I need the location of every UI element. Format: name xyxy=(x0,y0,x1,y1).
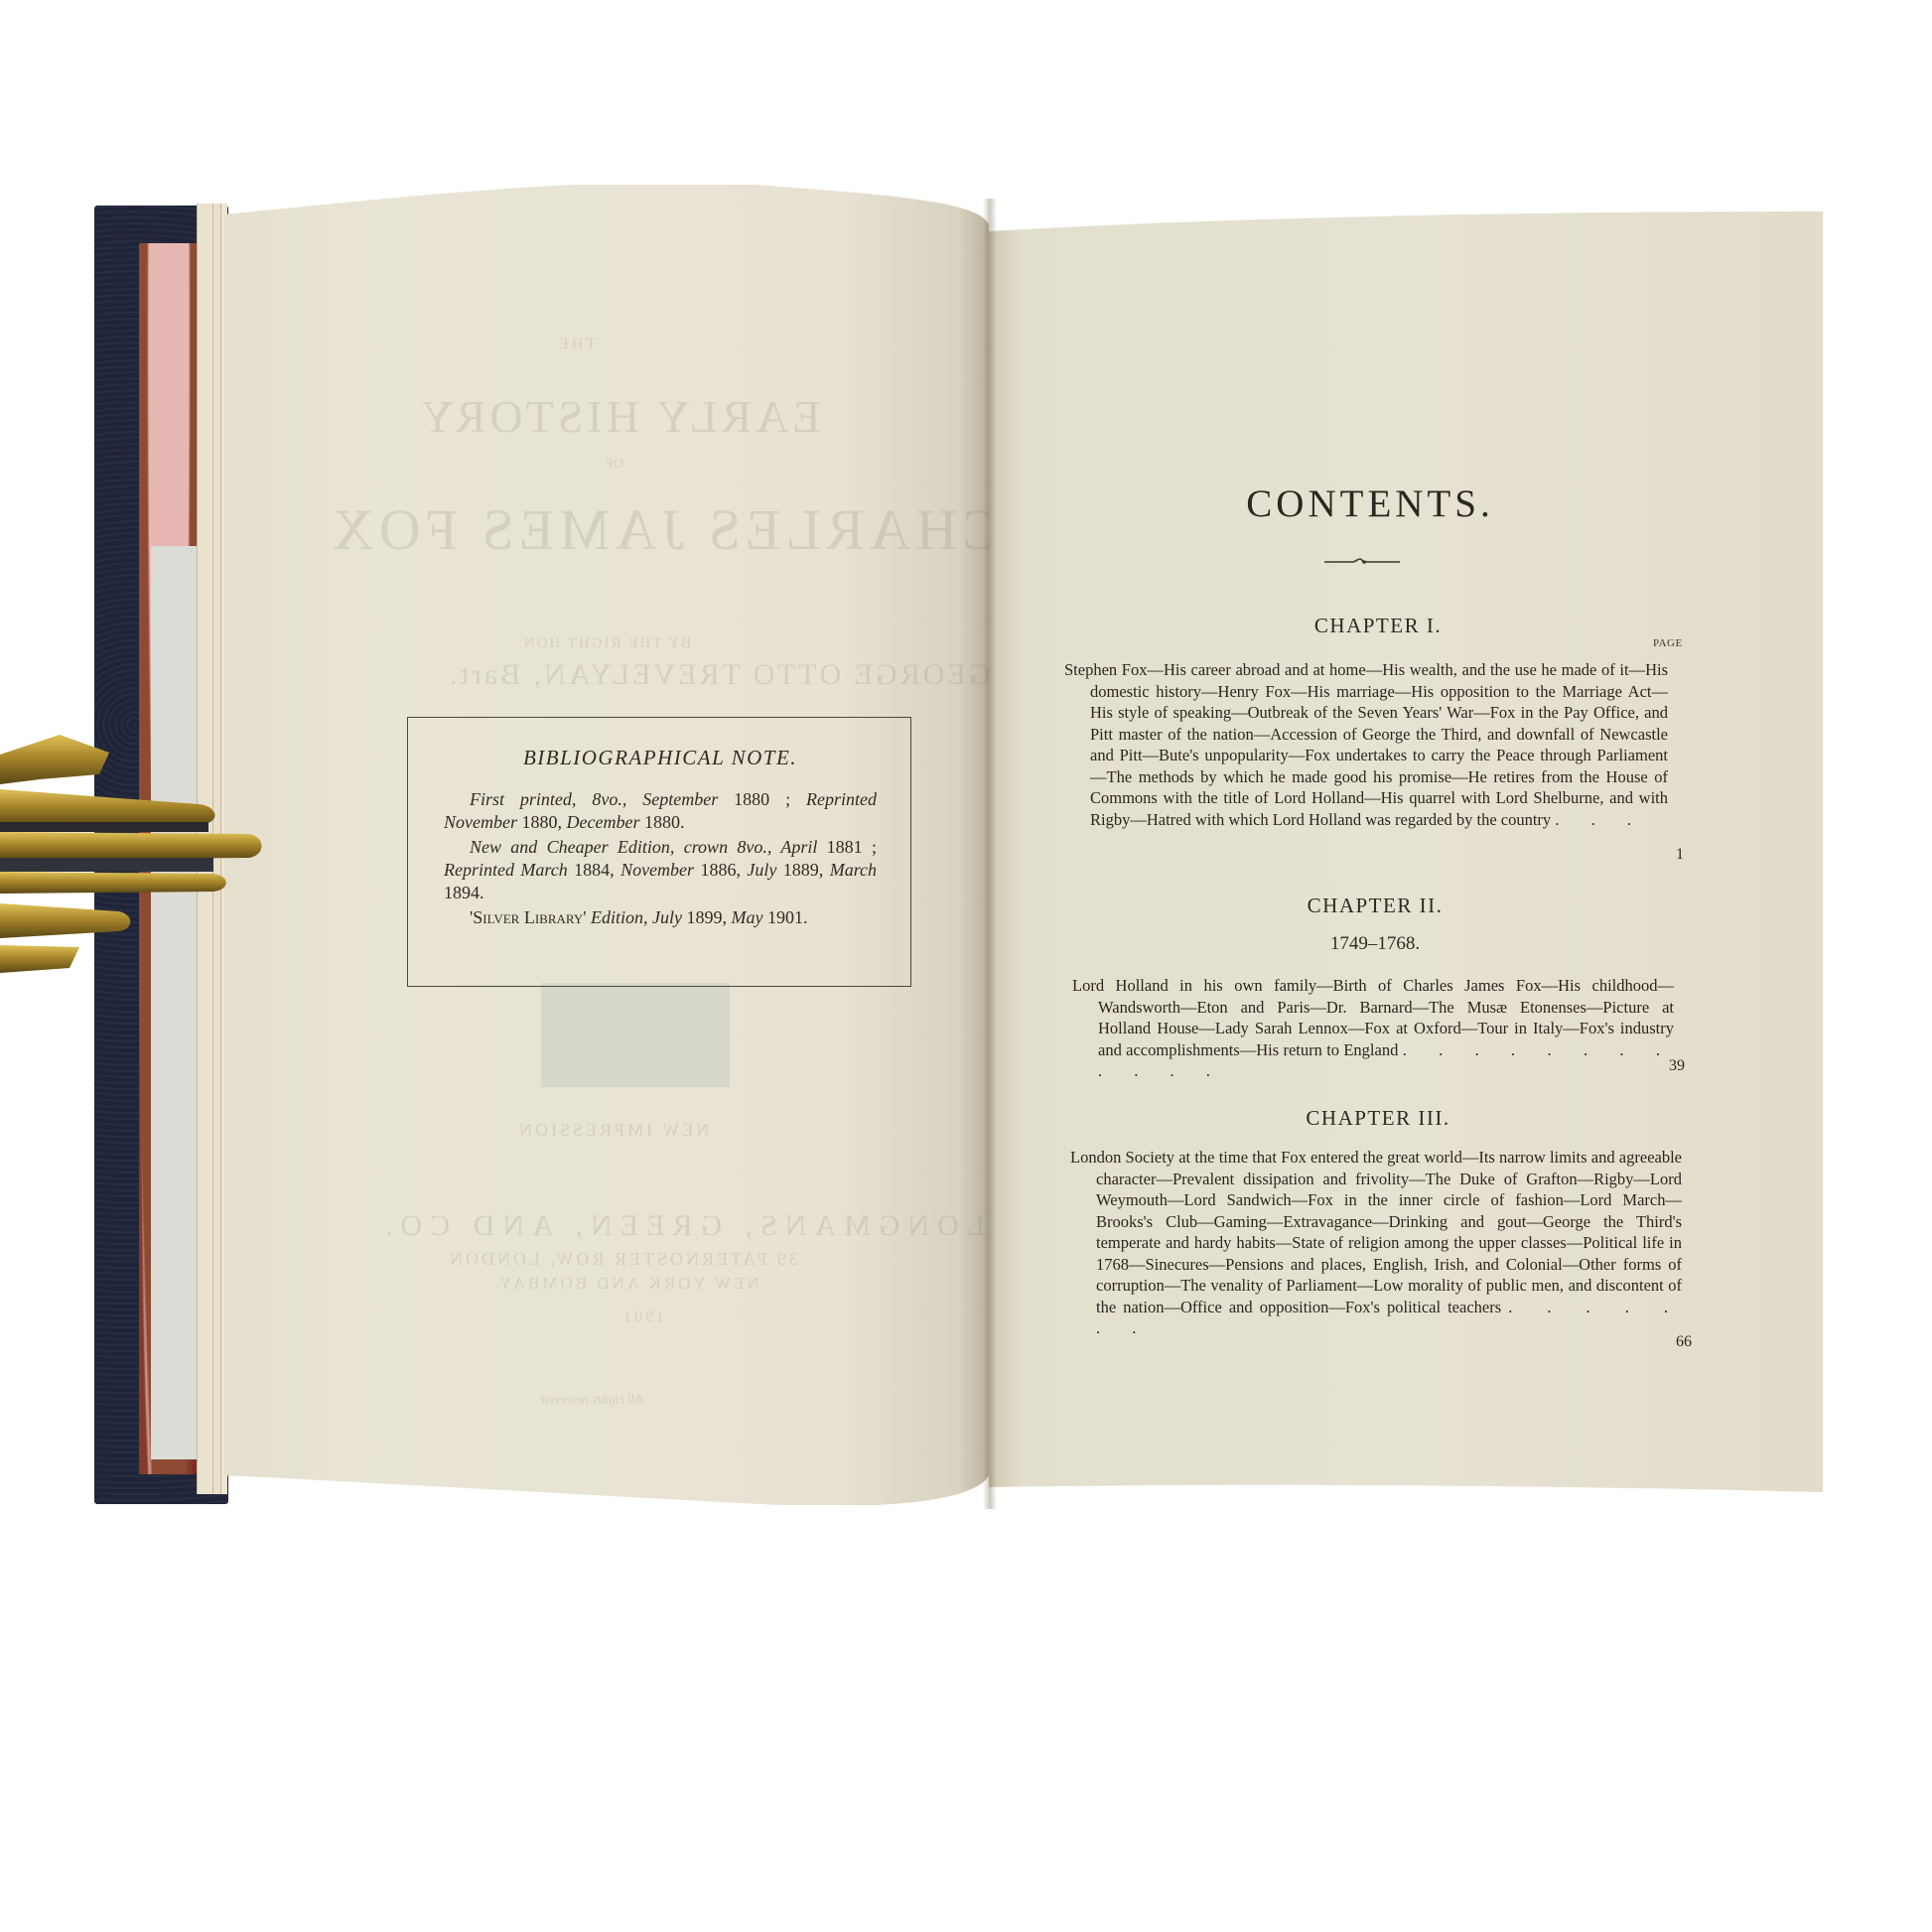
bib-text-run: 1886, xyxy=(700,860,747,880)
show-through-of: OF xyxy=(606,457,623,473)
bib-text-run: New and Cheaper Edition, crown 8vo., Apr… xyxy=(470,837,827,857)
bib-paragraph: 'Silver Library' Edition, July 1899, May… xyxy=(444,906,877,929)
bib-text-run: 1884, xyxy=(574,860,621,880)
chapter-3-summary: London Society at the time that Fox ente… xyxy=(1070,1147,1682,1339)
ornament-divider-icon xyxy=(1322,556,1402,566)
book-gutter xyxy=(983,199,997,1509)
show-through-emblem xyxy=(541,983,730,1087)
show-through-by: BY THE RIGHT HON. xyxy=(516,635,691,652)
bib-text-run: 1894. xyxy=(444,883,484,902)
bibliographical-note-title: BIBLIOGRAPHICAL NOTE. xyxy=(444,746,877,770)
bib-text-run: 1880 ; xyxy=(734,789,806,809)
bib-paragraph: First printed, 8vo., September 1880 ; Re… xyxy=(444,788,877,834)
bib-text-run: First printed, 8vo., September xyxy=(470,789,734,809)
chapter-2-page: 39 xyxy=(1669,1057,1685,1075)
bibliographical-note-box: BIBLIOGRAPHICAL NOTE. First printed, 8vo… xyxy=(407,717,911,987)
show-through-author: Sir GEORGE OTTO TREVELYAN, Bart. xyxy=(447,658,1044,692)
chapter-2-heading: CHAPTER II. xyxy=(1226,894,1524,918)
bib-text-run: July xyxy=(747,860,782,880)
bib-text-run: November xyxy=(621,860,700,880)
chapter-1-heading: CHAPTER I. xyxy=(1229,614,1527,638)
bib-text-run: 1889, xyxy=(783,860,830,880)
show-through-impression: NEW IMPRESSION xyxy=(516,1120,709,1141)
bib-text-run: May xyxy=(731,907,766,927)
contents-title: CONTENTS. xyxy=(1206,482,1534,526)
chapter-2-dates: 1749–1768. xyxy=(1226,933,1524,955)
show-through-title-line1: EARLY HISTORY xyxy=(417,390,820,443)
show-through-cities: NEW YORK AND BOMBAY xyxy=(496,1274,759,1294)
show-through-title-line2: CHARLES JAMES FOX xyxy=(328,496,1001,563)
open-book: THE EARLY HISTORY OF CHARLES JAMES FOX B… xyxy=(0,0,1932,1932)
brass-hand-clip-icon xyxy=(0,735,268,973)
bib-text-run: December xyxy=(566,812,643,832)
bib-text-run: Reprinted March xyxy=(444,860,574,880)
bib-text-run: 1899, xyxy=(686,907,731,927)
bib-text-run: 1881 ; xyxy=(827,837,877,857)
show-through-year: 1901 xyxy=(621,1309,664,1326)
chapter-3-page: 66 xyxy=(1676,1333,1692,1351)
chapter-3-heading: CHAPTER III. xyxy=(1229,1106,1527,1131)
dot-leader: . . . xyxy=(1555,810,1645,829)
chapter-1-summary: Stephen Fox—His career abroad and at hom… xyxy=(1064,659,1668,830)
bib-text-run: 1880, xyxy=(521,812,566,832)
show-through-rights: All rights reserved xyxy=(541,1393,644,1409)
bib-text-run: March xyxy=(830,860,877,880)
bib-text-run: 'Silver Library' xyxy=(470,907,591,927)
bib-text-run: 1880. xyxy=(644,812,685,832)
bib-paragraph: New and Cheaper Edition, crown 8vo., Apr… xyxy=(444,836,877,904)
show-through-publisher: LONGMANS, GREEN, AND CO. xyxy=(377,1209,985,1243)
bib-text-run: 1901. xyxy=(767,907,808,927)
chapter-1-page: 1 xyxy=(1676,846,1684,864)
flyleaf xyxy=(151,546,201,1459)
page-column-label: PAGE xyxy=(1653,637,1683,649)
bib-text-run: Edition, July xyxy=(591,907,686,927)
chapter-2-summary: Lord Holland in his own family—Birth of … xyxy=(1072,975,1674,1082)
show-through-the: THE xyxy=(556,336,596,353)
show-through-address: 39 PATERNOSTER ROW, LONDON xyxy=(447,1249,798,1270)
